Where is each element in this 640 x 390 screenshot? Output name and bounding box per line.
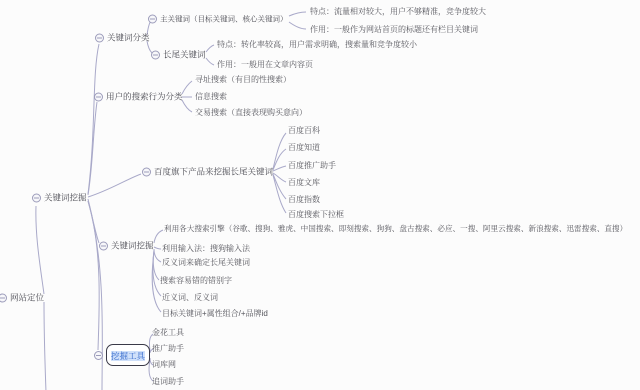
leaf-baidu-tuiguang[interactable]: 百度推广助手 — [288, 162, 336, 170]
leaf-typo-search[interactable]: 搜索容易错的错别字 — [160, 277, 232, 285]
leaf-input-method[interactable]: 利用输入法：搜狗输入法 — [162, 245, 250, 253]
node-keyword-category[interactable]: 关键词分类 — [95, 34, 150, 43]
leaf-baidu-baike[interactable]: 百度百科 — [288, 127, 320, 135]
node-longtail-keyword[interactable]: 长尾关键词 — [151, 51, 206, 60]
collapse-minus-icon[interactable] — [151, 51, 160, 60]
node-label: 百度旗下产品来挖掘长尾关键词 — [154, 168, 273, 177]
leaf-longtail-feature[interactable]: 特点：转化率较高，用户需求明确，搜索量和竞争度较小 — [217, 41, 417, 49]
connector-lines — [0, 0, 640, 390]
mindmap-canvas[interactable]: 网站定位 关键词挖掘 关键词分类 主关键词（目标关键词、核心关键词） 长尾关键词… — [0, 0, 640, 390]
collapse-minus-icon[interactable] — [94, 93, 103, 102]
leaf-main-keyword-usage[interactable]: 作用：一般作为网站首页的标题还有栏目关键词 — [310, 26, 478, 34]
collapse-minus-icon[interactable] — [148, 15, 157, 24]
collapse-minus-icon[interactable] — [95, 34, 104, 43]
node-label: 关键词挖掘 — [44, 194, 87, 203]
leaf-baidu-zhidao[interactable]: 百度知道 — [288, 144, 320, 152]
leaf-antonym-longtail[interactable]: 反义词来确定长尾关键词 — [162, 259, 250, 267]
node-website-positioning[interactable]: 网站定位 — [0, 294, 44, 303]
leaf-jinhua-tool[interactable]: 金花工具 — [152, 329, 184, 337]
leaf-baidu-wenku[interactable]: 百度文库 — [288, 179, 320, 187]
node-label: 长尾关键词 — [163, 51, 206, 60]
node-label: 关键词挖掘 — [111, 242, 154, 251]
node-label: 主关键词（目标关键词、核心关键词） — [160, 15, 288, 23]
collapse-minus-icon[interactable] — [99, 242, 108, 251]
node-label: 关键词分类 — [107, 34, 150, 43]
node-main-keyword[interactable]: 主关键词（目标关键词、核心关键词） — [148, 15, 288, 24]
node-mining-tools-selected[interactable]: 挖掘工具 — [94, 344, 150, 366]
node-search-behavior[interactable]: 用户的搜索行为分类 — [94, 93, 183, 102]
leaf-longtail-usage[interactable]: 作用：一般用在文章内容页 — [217, 61, 313, 69]
leaf-zhuici-assistant[interactable]: 追词助手 — [152, 378, 184, 386]
collapse-minus-icon[interactable] — [142, 168, 151, 177]
node-label: 用户的搜索行为分类 — [106, 93, 183, 102]
collapse-minus-icon[interactable] — [32, 194, 41, 203]
node-baidu-products[interactable]: 百度旗下产品来挖掘长尾关键词 — [142, 168, 273, 177]
leaf-tuiguang-assistant[interactable]: 推广助手 — [152, 345, 184, 353]
leaf-keyword-attribute-brand[interactable]: 目标关键词+属性组合/+品牌id — [162, 310, 268, 318]
node-label: 网站定位 — [10, 294, 44, 303]
leaf-main-keyword-feature[interactable]: 特点：流量相对较大，用户不够精准，竞争度较大 — [310, 8, 486, 16]
leaf-synonym-antonym[interactable]: 近义词、反义词 — [162, 294, 218, 302]
leaf-cikuwang[interactable]: 词库网 — [152, 361, 176, 369]
leaf-search-engines[interactable]: 利用各大搜索引擎（谷歌、搜狗、雅虎、中国搜索、即刻搜索、狗狗、盘古搜索、必应、一… — [164, 225, 627, 233]
node-label: 挖掘工具 — [111, 351, 145, 361]
collapse-minus-icon[interactable] — [0, 294, 7, 303]
leaf-baidu-index[interactable]: 百度指数 — [288, 196, 320, 204]
node-keyword-mining[interactable]: 关键词挖掘 — [32, 194, 87, 203]
leaf-baidu-dropdown[interactable]: 百度搜索下拉框 — [288, 211, 344, 219]
node-mining-methods[interactable]: 关键词挖掘 — [99, 242, 154, 251]
collapse-minus-icon[interactable] — [94, 351, 103, 360]
leaf-transactional-search[interactable]: 交易搜索（直接表现购买意向） — [195, 109, 307, 117]
selected-node-border[interactable]: 挖掘工具 — [106, 344, 150, 366]
leaf-informational-search[interactable]: 信息搜索 — [195, 93, 227, 101]
leaf-navigational-search[interactable]: 寻址搜索（有目的性搜索） — [195, 76, 291, 84]
